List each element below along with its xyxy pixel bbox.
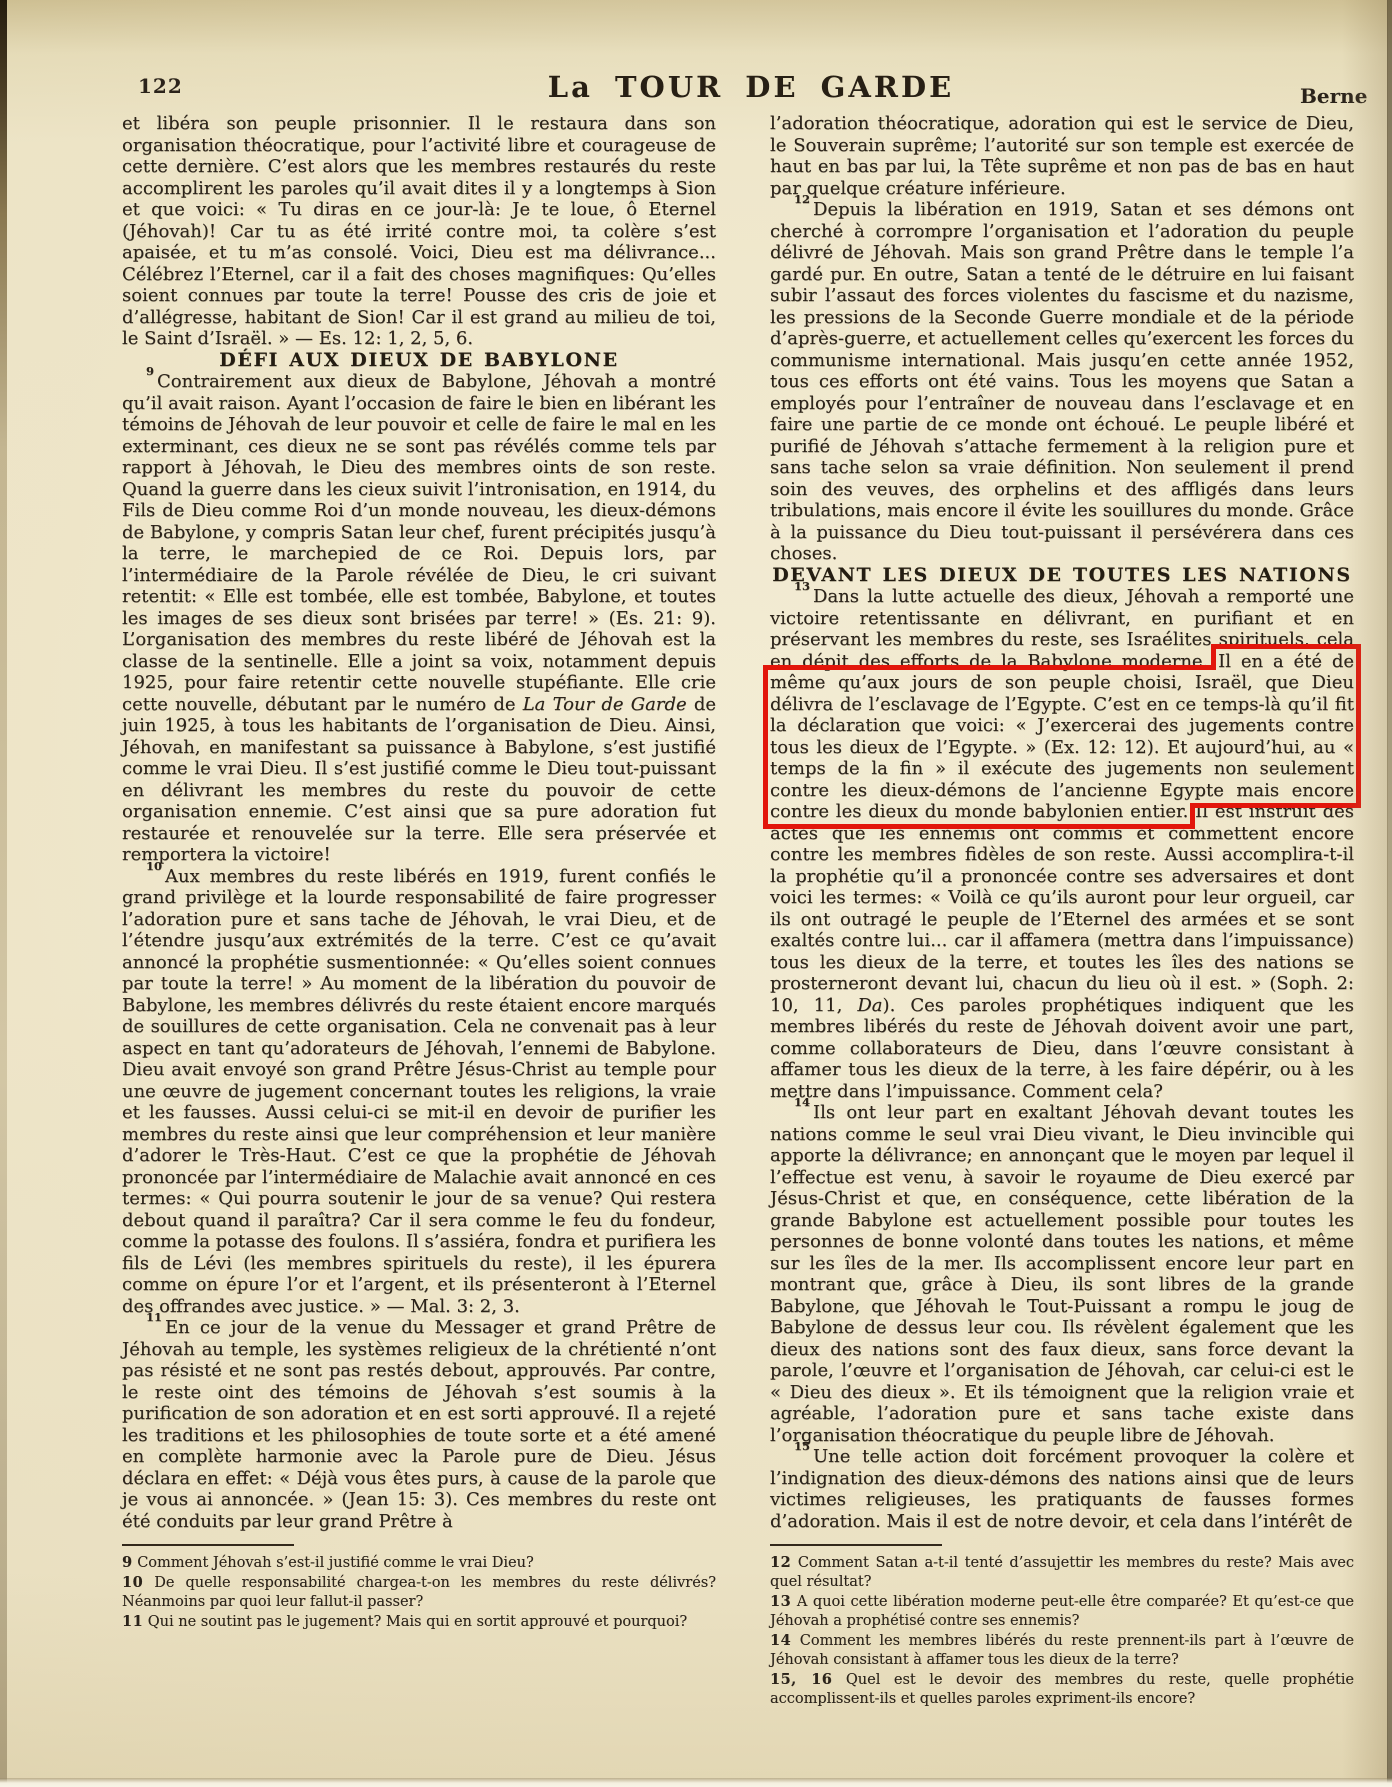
footnote-15-16: 15, 16 Quel est le devoir des membres du… bbox=[770, 1670, 1354, 1709]
paragraph-8-continuation: et libéra son peuple prisonnier. Il le r… bbox=[122, 113, 716, 350]
footnote-15-16-number: 15, 16 bbox=[770, 1671, 832, 1688]
paragraph-13-text-2: Il est instruit des actes que les ennemi… bbox=[770, 801, 1354, 1016]
footnote-14-number: 14 bbox=[770, 1632, 791, 1649]
footnote-12-text: Comment Satan a-t-il tenté d’assujettir … bbox=[770, 1555, 1354, 1590]
paragraph-10-text: Aux membres du reste libérés en 1919, fu… bbox=[122, 866, 716, 1317]
footnote-13: 13 A quoi cette libération moderne peut-… bbox=[770, 1592, 1354, 1631]
paragraph-9-text-1: Contrairement aux dieux de Babylone, Jéh… bbox=[122, 371, 716, 715]
footnote-14: 14 Comment les membres libérés du reste … bbox=[770, 1631, 1354, 1670]
footnote-9: 9 Comment Jéhovah s’est-il justifié comm… bbox=[122, 1553, 716, 1573]
footnote-9-number: 9 bbox=[122, 1554, 133, 1571]
scan-edge-bottom-artifact bbox=[0, 1778, 1392, 1787]
paragraph-15-text: Une telle action doit forcément provoque… bbox=[770, 1446, 1354, 1532]
paragraph-number-14: 14 bbox=[794, 1095, 810, 1109]
footnote-11-number: 11 bbox=[122, 1613, 143, 1630]
footnote-11: 11 Qui ne soutint pas le jugement? Mais … bbox=[122, 1612, 716, 1632]
footnote-13-number: 13 bbox=[770, 1593, 791, 1610]
paragraph-9-text-2: de juin 1925, à tous les habitants de l’… bbox=[122, 694, 716, 866]
footnote-15-16-text: Quel est le devoir des membres du reste,… bbox=[770, 1672, 1354, 1707]
footnote-10-text: De quelle responsabilité chargea-t-on le… bbox=[122, 1575, 716, 1610]
red-annotation-highlight: Il en a été de même qu’aux jours de son … bbox=[770, 651, 1354, 823]
bible-version-abbr-italic: Da bbox=[857, 995, 882, 1016]
section-heading-nations: DEVANT LES DIEUX DE TOUTES LES NATIONS bbox=[770, 565, 1354, 587]
paragraph-12-text: Depuis la libération en 1919, Satan et s… bbox=[770, 199, 1354, 564]
scan-edge-right-artifact bbox=[1387, 0, 1392, 1787]
right-column: l’adoration théocratique, adoration qui … bbox=[770, 113, 1354, 1709]
paragraph-12: 12Depuis la libération en 1919, Satan et… bbox=[770, 199, 1354, 565]
paragraph-14: 14Ils ont leur part en exaltant Jéhovah … bbox=[770, 1102, 1354, 1446]
paragraph-11: 11En ce jour de la venue du Messager et … bbox=[122, 1317, 716, 1532]
paragraph-number-12: 12 bbox=[794, 192, 810, 206]
paragraph-13: 13Dans la lutte actuelle des dieux, Jého… bbox=[770, 586, 1354, 1102]
paragraph-10: 10Aux membres du reste libérés en 1919, … bbox=[122, 866, 716, 1318]
scan-shade-right-artifact bbox=[1342, 0, 1388, 1787]
paragraph-number-10: 10 bbox=[146, 859, 162, 873]
paragraph-number-15: 15 bbox=[794, 1439, 810, 1453]
paragraph-number-13: 13 bbox=[794, 579, 810, 593]
paragraph-14-text: Ils ont leur part en exaltant Jéhovah de… bbox=[770, 1102, 1354, 1446]
paragraph-number-9: 9 bbox=[146, 364, 154, 378]
footnote-10: 10 De quelle responsabilité chargea-t-on… bbox=[122, 1573, 716, 1612]
footnote-rule-right bbox=[770, 1544, 942, 1546]
left-column: et libéra son peuple prisonnier. Il le r… bbox=[122, 113, 716, 1632]
paragraph-15: 15Une telle action doit forcément provoq… bbox=[770, 1446, 1354, 1532]
footnote-10-number: 10 bbox=[122, 1574, 143, 1591]
paragraph-number-11: 11 bbox=[146, 1310, 162, 1324]
footnote-14-text: Comment les membres libérés du reste pre… bbox=[770, 1633, 1354, 1668]
journal-name-italic: La Tour de Garde bbox=[523, 694, 687, 715]
footnote-9-text: Comment Jéhovah s’est-il justifié comme … bbox=[137, 1555, 534, 1571]
footnote-13-text: A quoi cette libération moderne peut-ell… bbox=[770, 1594, 1354, 1629]
footnote-12-number: 12 bbox=[770, 1554, 791, 1571]
magazine-page-scan: 122 La TOUR DE GARDE Berne et libéra son… bbox=[0, 0, 1392, 1787]
footnote-rule-left bbox=[122, 1544, 294, 1546]
journal-title: La TOUR DE GARDE bbox=[0, 70, 1392, 104]
footnote-12: 12 Comment Satan a-t-il tenté d’assujett… bbox=[770, 1553, 1354, 1592]
paragraph-11-continuation: l’adoration théocratique, adoration qui … bbox=[770, 113, 1354, 199]
paragraph-9: 9Contrairement aux dieux de Babylone, Jé… bbox=[122, 371, 716, 866]
paragraph-11-text: En ce jour de la venue du Messager et gr… bbox=[122, 1317, 716, 1532]
scan-edge-left-artifact bbox=[0, 0, 7, 1787]
footnote-11-text: Qui ne soutint pas le jugement? Mais qui… bbox=[148, 1614, 687, 1630]
section-heading-babylone: DÉFI AUX DIEUX DE BABYLONE bbox=[122, 350, 716, 372]
